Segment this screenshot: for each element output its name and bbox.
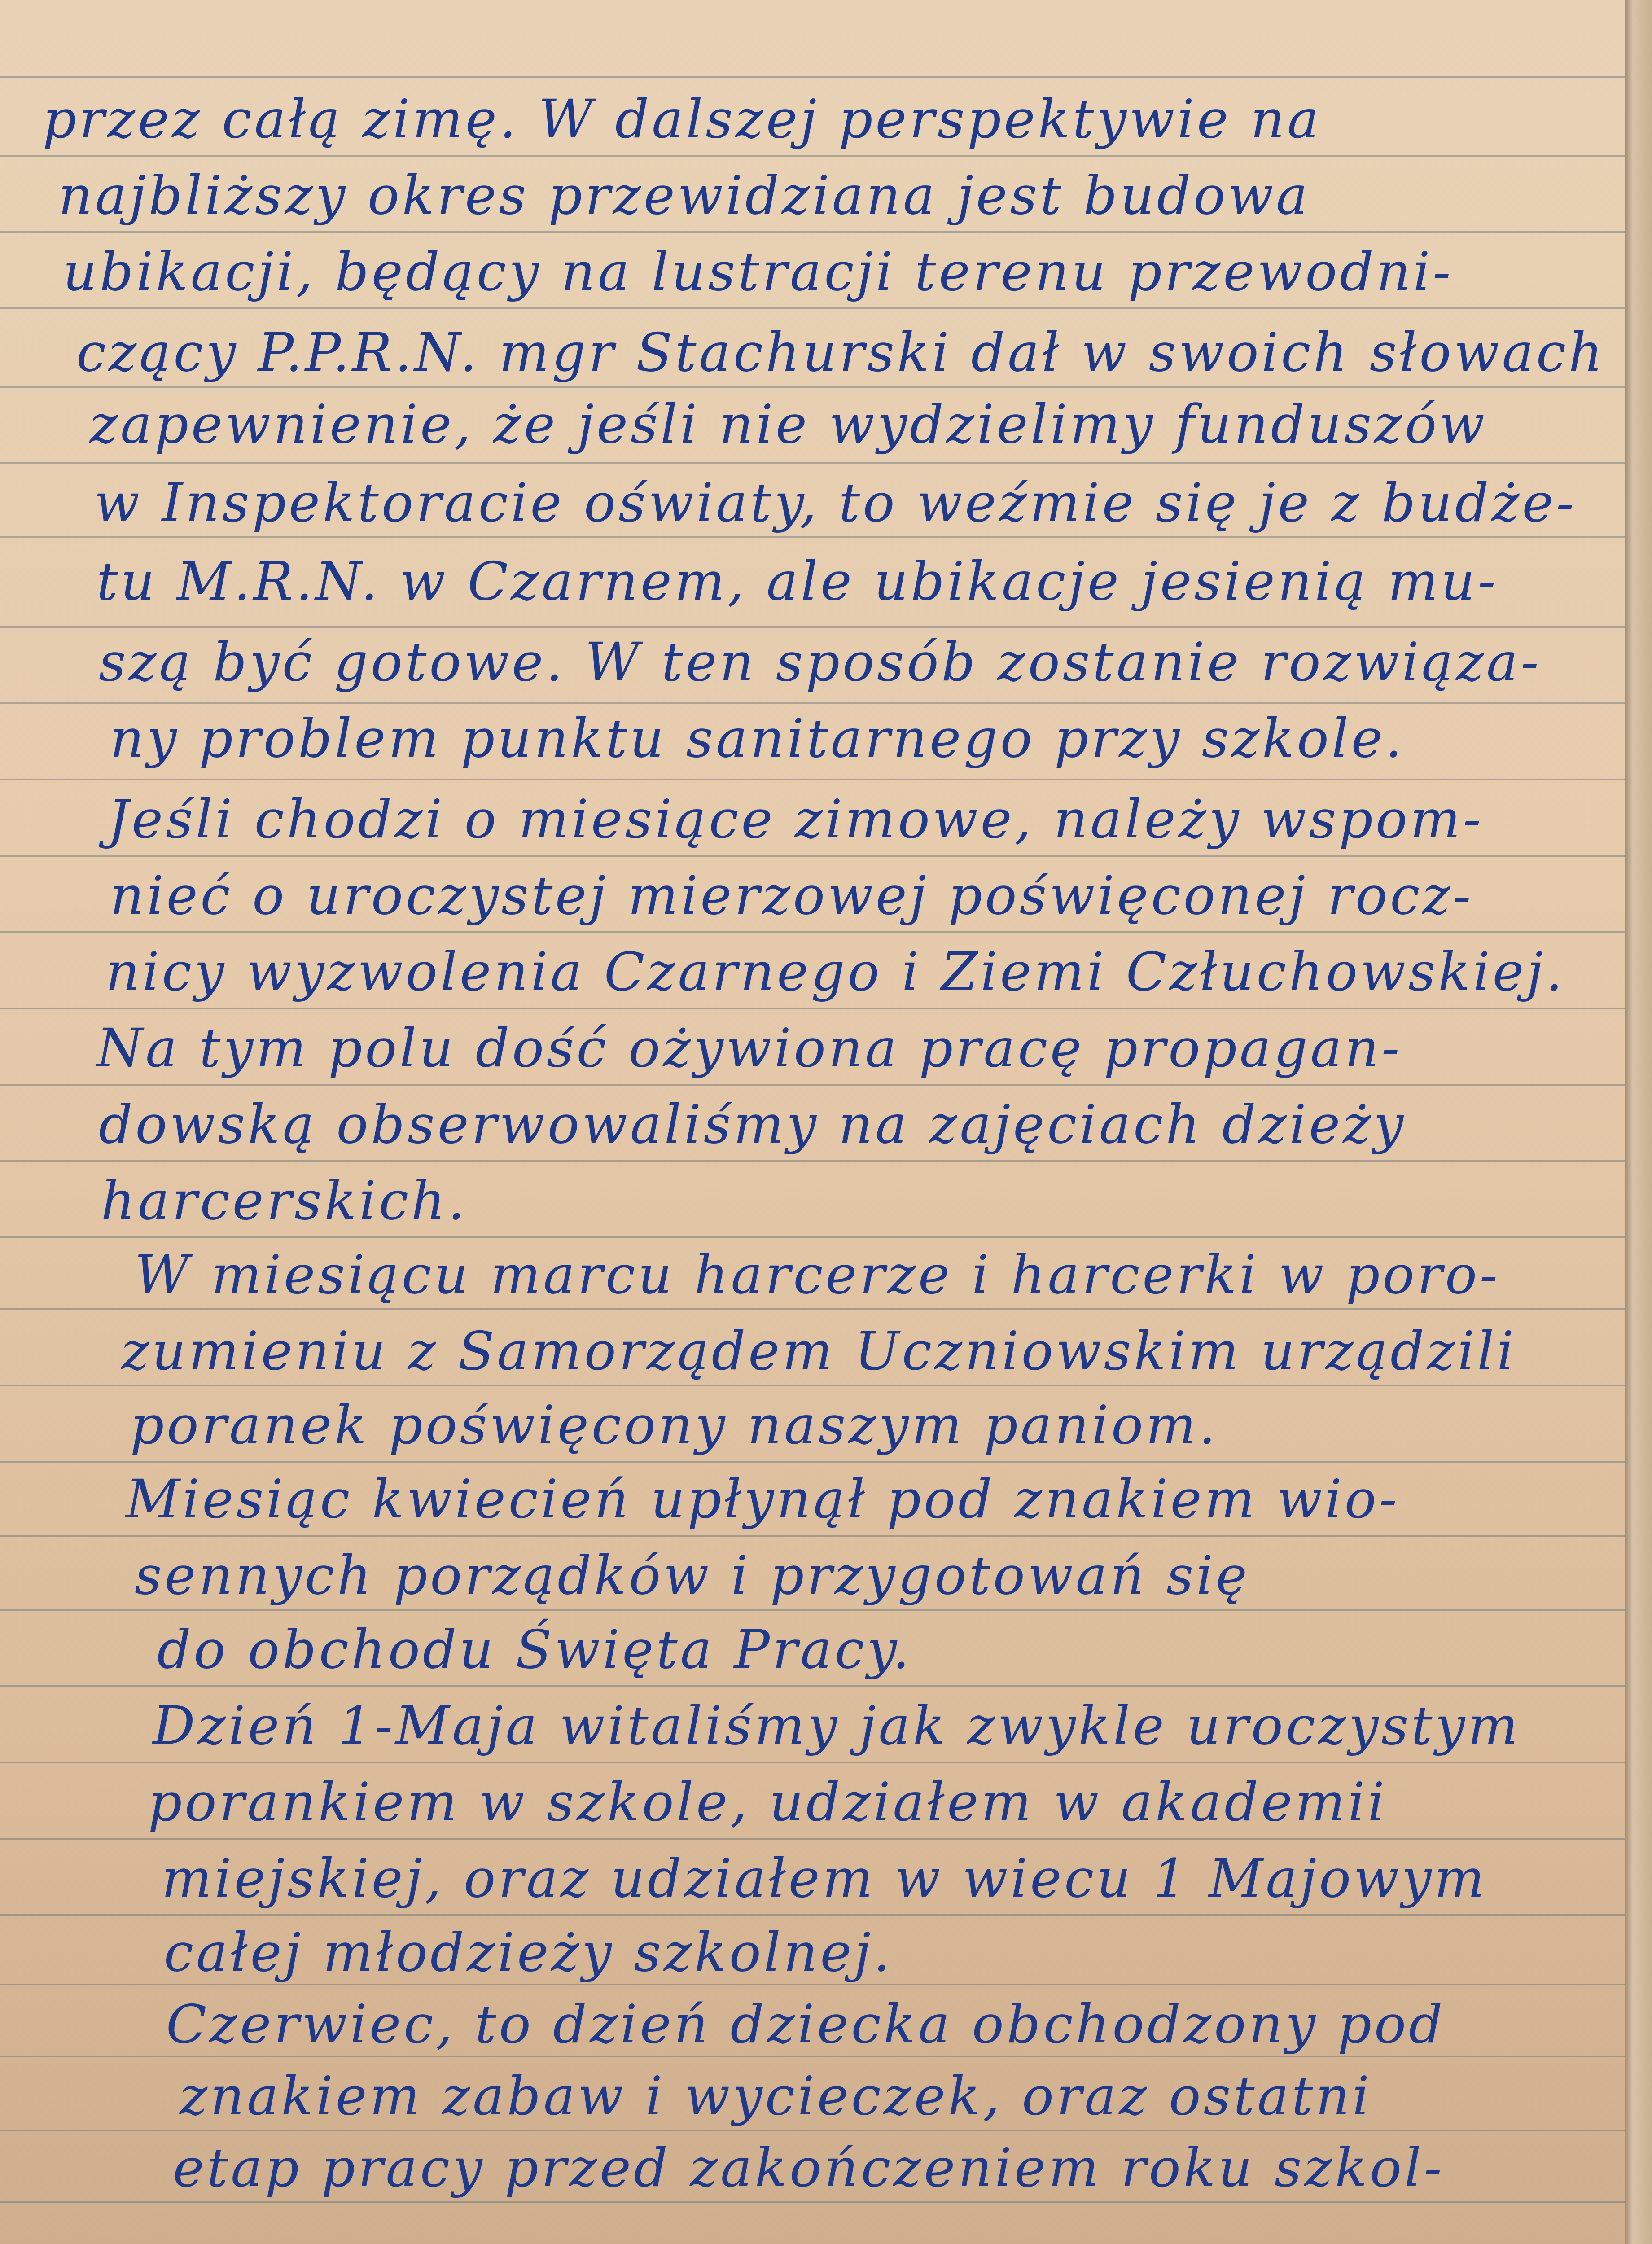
ruled-line — [0, 855, 1625, 857]
handwritten-line: Dzień 1-Maja witaliśmy jak zwykle uroczy… — [153, 1696, 1521, 1755]
handwritten-line: Na tym polu dość ożywiona pracę propagan… — [96, 1019, 1402, 1077]
handwritten-line: nieć o uroczystej mierzowej poświęconej … — [110, 866, 1473, 925]
handwritten-line: Miesiąc kwiecień upłynął pod znakiem wio… — [126, 1470, 1400, 1528]
handwritten-line: porankiem w szkole, udziałem w akademii — [148, 1773, 1387, 1831]
handwritten-line: dowską obserwowaliśmy na zajęciach dzież… — [99, 1095, 1406, 1153]
ruled-line — [0, 536, 1625, 538]
ruled-line — [0, 1685, 1625, 1687]
handwritten-line: czący P.P.R.N. mgr Stachurski dał w swoi… — [76, 323, 1605, 381]
ruled-line — [0, 1838, 1625, 1840]
ruled-line — [0, 1236, 1625, 1238]
handwritten-line: poranek poświęcony naszym paniom. — [130, 1396, 1218, 1454]
handwritten-line: W miesiącu marcu harcerze i harcerki w p… — [135, 1245, 1500, 1304]
ruled-line — [0, 307, 1625, 309]
handwritten-line: miejskiej, oraz udziałem w wiecu 1 Majow… — [162, 1849, 1487, 1907]
ruled-line — [0, 1385, 1625, 1386]
ruled-line — [0, 1461, 1625, 1463]
handwritten-line: sennych porządków i przygotowań się — [135, 1546, 1250, 1604]
ruled-line — [0, 231, 1625, 233]
ruled-line — [0, 626, 1625, 628]
ruled-line — [0, 1160, 1625, 1162]
handwritten-line: ny problem punktu sanitarnego przy szkol… — [110, 709, 1405, 767]
ruled-line — [0, 76, 1625, 78]
handwritten-line: w Inspektoracie oświaty, to weźmie się j… — [94, 473, 1577, 532]
handwritten-line: zumieniu z Samorządem Uczniowskim urządz… — [121, 1322, 1516, 1380]
notebook-page: przez całą zimę. W dalszej perspektywie … — [0, 0, 1625, 2244]
ruled-line — [0, 1308, 1625, 1310]
ruled-line — [0, 1762, 1625, 1763]
handwritten-line: etap pracy przed zakończeniem roku szkol… — [173, 2139, 1445, 2197]
ruled-line — [0, 779, 1625, 780]
ruled-line — [0, 1535, 1625, 1537]
ruled-line — [0, 702, 1625, 704]
handwritten-line: przez całą zimę. W dalszej perspektywie … — [43, 90, 1322, 148]
handwritten-line: nicy wyzwolenia Czarnego i Ziemi Człucho… — [105, 942, 1565, 1001]
handwritten-line: tu M.R.N. w Czarnem, ale ubikacje jesien… — [96, 552, 1498, 610]
ruled-line — [0, 2201, 1625, 2203]
ruled-line — [0, 1984, 1625, 1985]
handwritten-line: zapewnienie, że jeśli nie wydzielimy fun… — [90, 395, 1487, 453]
ruled-line — [0, 1008, 1625, 1009]
handwritten-line: do obchodu Święta Pracy. — [157, 1620, 912, 1679]
ruled-line — [0, 1914, 1625, 1916]
ruled-line — [0, 462, 1625, 464]
handwritten-line: szą być gotowe. W ten sposób zostanie ro… — [99, 633, 1541, 691]
page-edge — [1625, 0, 1652, 2244]
handwritten-line: Czerwiec, to dzień dziecka obchodzony po… — [166, 1995, 1446, 2053]
handwritten-line: znakiem zabaw i wycieczek, oraz ostatni — [180, 2067, 1372, 2125]
handwritten-line: ubikacji, będący na lustracji terenu prz… — [63, 242, 1453, 301]
handwritten-line: harcerskich. — [101, 1171, 467, 1230]
ruled-line — [0, 1609, 1625, 1611]
handwritten-line: najbliższy okres przewidziana jest budow… — [58, 166, 1310, 224]
ruled-line — [0, 931, 1625, 933]
handwritten-line: całej młodzieży szkolnej. — [164, 1923, 893, 1981]
ruled-line — [0, 155, 1625, 157]
ruled-line — [0, 1084, 1625, 1086]
ruled-line — [0, 2056, 1625, 2057]
ruled-line — [0, 386, 1625, 388]
handwritten-line: Jeśli chodzi o miesiące zimowe, należy w… — [108, 790, 1484, 848]
ruled-line — [0, 2130, 1625, 2131]
